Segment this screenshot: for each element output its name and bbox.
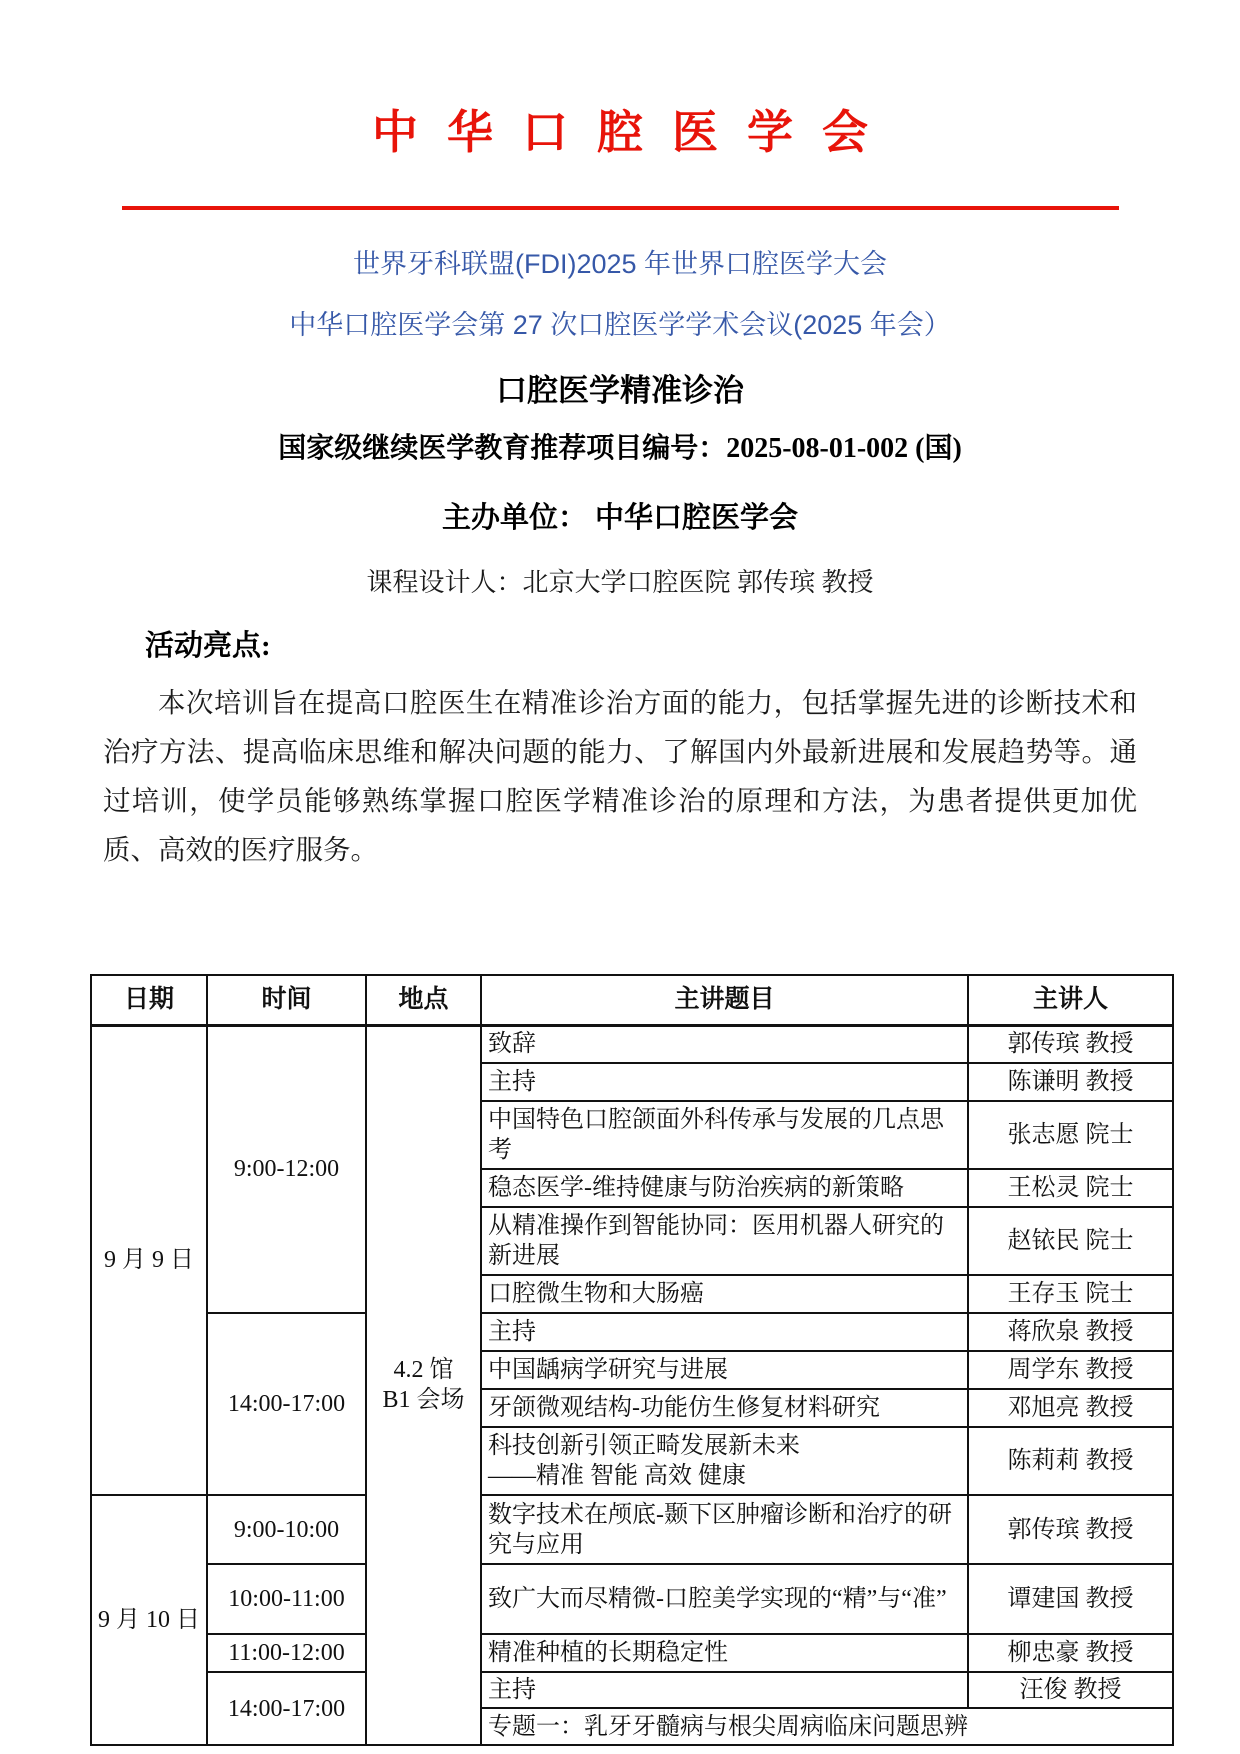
topic-cell: 致广大而尽精微-口腔美学实现的“精”与“准” (481, 1564, 968, 1634)
subtitle-fdi-congress: 世界牙科联盟(FDI)2025 年世界口腔医学大会 (0, 242, 1240, 281)
topic-cell: 从精准操作到智能协同：医用机器人研究的新进展 (481, 1207, 968, 1275)
table-header-row: 日期 时间 地点 主讲题目 主讲人 (91, 975, 1173, 1025)
col-header-date: 日期 (91, 975, 207, 1025)
time-cell-day2-2: 10:00-11:00 (207, 1564, 366, 1634)
speaker-cell: 张志愿 院士 (968, 1101, 1173, 1169)
speaker-cell: 郭传瑸 教授 (968, 1495, 1173, 1564)
topic-cell: 主持 (481, 1063, 968, 1101)
project-code-line: 国家级继续医学教育推荐项目编号：2025-08-01-002 (国) (0, 426, 1240, 466)
speaker-cell: 蒋欣泉 教授 (968, 1313, 1173, 1351)
topic-cell: 牙颌微观结构-功能仿生修复材料研究 (481, 1389, 968, 1427)
topic-cell: 主持 (481, 1313, 968, 1351)
course-designer-line: 课程设计人：北京大学口腔医院 郭传瑸 教授 (0, 562, 1240, 599)
speaker-cell: 周学东 教授 (968, 1351, 1173, 1389)
topic-cell: 科技创新引领正畸发展新未来 ——精准 智能 高效 健康 (481, 1427, 968, 1495)
topic-cell: 中国龋病学研究与进展 (481, 1351, 968, 1389)
date-cell-day2: 9 月 10 日 (91, 1495, 207, 1745)
topic-cell: 致辞 (481, 1025, 968, 1063)
schedule-table: 日期 时间 地点 主讲题目 主讲人 9 月 9 日 9:00-12:00 4.2… (90, 974, 1174, 1746)
speaker-cell: 邓旭亮 教授 (968, 1389, 1173, 1427)
table-row: 14:00-17:00 主持 蒋欣泉 教授 (91, 1313, 1173, 1351)
time-cell-day1-afternoon: 14:00-17:00 (207, 1313, 366, 1495)
subtitle-csa-conference: 中华口腔医学会第 27 次口腔医学学术会议(2025 年会） (0, 303, 1240, 342)
col-header-topic: 主讲题目 (481, 975, 968, 1025)
speaker-cell: 王松灵 院士 (968, 1169, 1173, 1207)
speaker-cell: 汪俊 教授 (968, 1672, 1173, 1708)
topic-line1: 科技创新引领正畸发展新未来 (488, 1431, 961, 1461)
speaker-cell: 柳忠豪 教授 (968, 1634, 1173, 1672)
org-title: 中华口腔医学会 (0, 0, 1240, 162)
location-cell: 4.2 馆 B1 会场 (366, 1025, 481, 1745)
organizer-line: 主办单位： 中华口腔医学会 (0, 495, 1240, 536)
highlights-heading: 活动亮点: (145, 623, 1240, 664)
time-cell-day2-1: 9:00-10:00 (207, 1495, 366, 1564)
table-row: 14:00-17:00 主持 汪俊 教授 (91, 1672, 1173, 1708)
table-row: 10:00-11:00 致广大而尽精微-口腔美学实现的“精”与“准” 谭建国 教… (91, 1564, 1173, 1634)
date-cell-day1: 9 月 9 日 (91, 1025, 207, 1495)
topic-cell: 数字技术在颅底-颞下区肿瘤诊断和治疗的研究与应用 (481, 1495, 968, 1564)
red-divider-rule (122, 206, 1119, 210)
topic-cell: 主持 (481, 1672, 968, 1708)
time-cell-day2-3: 11:00-12:00 (207, 1634, 366, 1672)
col-header-location: 地点 (366, 975, 481, 1025)
topic-cell: 口腔微生物和大肠癌 (481, 1275, 968, 1313)
topic-cell: 中国特色口腔颌面外科传承与发展的几点思考 (481, 1101, 968, 1169)
topic-line2: ——精准 智能 高效 健康 (488, 1461, 961, 1491)
topic-cell-merged: 专题一：乳牙牙髓病与根尖周病临床问题思辨 (481, 1708, 1173, 1745)
course-title: 口腔医学精准诊治 (0, 365, 1240, 410)
table-row: 9 月 10 日 9:00-10:00 数字技术在颅底-颞下区肿瘤诊断和治疗的研… (91, 1495, 1173, 1564)
speaker-cell: 郭传瑸 教授 (968, 1025, 1173, 1063)
location-line2: B1 会场 (373, 1385, 474, 1415)
table-row: 9 月 9 日 9:00-12:00 4.2 馆 B1 会场 致辞 郭传瑸 教授 (91, 1025, 1173, 1063)
table-row: 11:00-12:00 精准种植的长期稳定性 柳忠豪 教授 (91, 1634, 1173, 1672)
topic-cell: 稳态医学-维持健康与防治疾病的新策略 (481, 1169, 968, 1207)
speaker-cell: 谭建国 教授 (968, 1564, 1173, 1634)
time-cell-day1-morning: 9:00-12:00 (207, 1025, 366, 1313)
topic-cell: 精准种植的长期稳定性 (481, 1634, 968, 1672)
highlights-paragraph: 本次培训旨在提高口腔医生在精准诊治方面的能力，包括掌握先进的诊断技术和治疗方法、… (103, 678, 1137, 874)
col-header-speaker: 主讲人 (968, 975, 1173, 1025)
document-page: 中华口腔医学会 世界牙科联盟(FDI)2025 年世界口腔医学大会 中华口腔医学… (0, 0, 1240, 1754)
speaker-cell: 王存玉 院士 (968, 1275, 1173, 1313)
time-cell-day2-4: 14:00-17:00 (207, 1672, 366, 1745)
speaker-cell: 赵铱民 院士 (968, 1207, 1173, 1275)
speaker-cell: 陈谦明 教授 (968, 1063, 1173, 1101)
speaker-cell: 陈莉莉 教授 (968, 1427, 1173, 1495)
col-header-time: 时间 (207, 975, 366, 1025)
location-line1: 4.2 馆 (373, 1355, 474, 1385)
